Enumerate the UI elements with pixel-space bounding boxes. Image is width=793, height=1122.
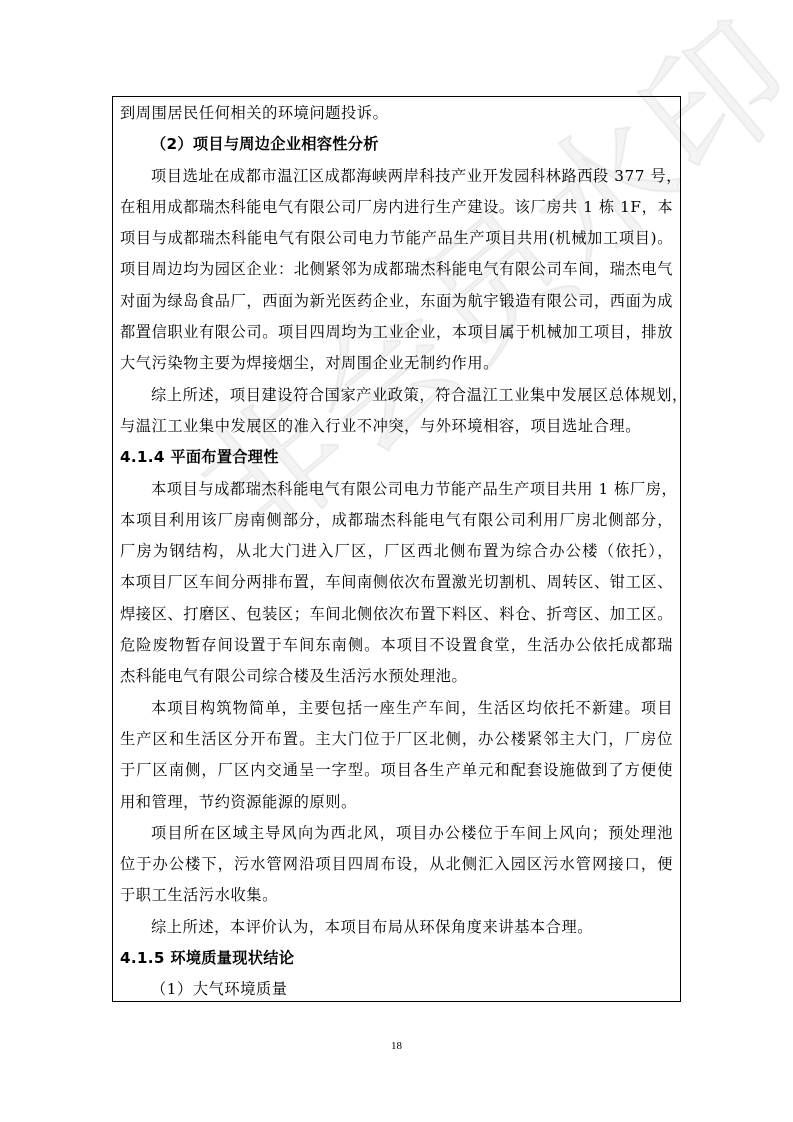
paragraph-line: 用和管理，节约资源能源的原则。 bbox=[120, 787, 673, 818]
paragraph-line: 厂房为钢结构，从北大门进入厂区，厂区西北侧布置为综合办公楼（依托）， bbox=[120, 536, 673, 567]
paragraph-line: 杰科能电气有限公司综合楼及生活污水预处理池。 bbox=[120, 661, 673, 692]
paragraph-line: 都置信职业有限公司。项目四周均为工业企业，本项目属于机械加工项目，排放 bbox=[120, 317, 673, 348]
paragraph-line: 项目选址在成都市温江区成都海峡两岸科技产业开发园科林路西段 377 号， bbox=[120, 161, 673, 192]
paragraph-line: 于厂区南侧，厂区内交通呈一字型。项目各生产单元和配套设施做到了方便使 bbox=[120, 755, 673, 786]
paragraph-line: 与温江工业集中发展区的准入行业不冲突，与外环境相容，项目选址合理。 bbox=[120, 411, 673, 442]
section-heading-4-1-4: 4.1.4 平面布置合理性 bbox=[120, 442, 673, 473]
paragraph-line: 焊接区、打磨区、包装区；车间北侧依次布置下料区、料仓、折弯区、加工区。 bbox=[120, 599, 673, 630]
paragraph-line: 本项目厂区车间分两排布置，车间南侧依次布置激光切割机、周转区、钳工区、 bbox=[120, 567, 673, 598]
paragraph-line: 综上所述，本评价认为，本项目布局从环保角度来讲基本合理。 bbox=[120, 912, 673, 943]
page-number: 18 bbox=[0, 1040, 793, 1052]
paragraph-line: 生产区和生活区分开布置。主大门位于厂区北侧，办公楼紧邻主大门，厂房位 bbox=[120, 724, 673, 755]
paragraph-line: 到周围居民任何相关的环境问题投诉。 bbox=[120, 98, 673, 129]
content-frame: 到周围居民任何相关的环境问题投诉。 （2）项目与周边企业相容性分析 项目选址在成… bbox=[112, 96, 681, 1002]
body-text: 到周围居民任何相关的环境问题投诉。 （2）项目与周边企业相容性分析 项目选址在成… bbox=[120, 98, 673, 1006]
paragraph-line: 于职工生活污水收集。 bbox=[120, 880, 673, 911]
paragraph-line: 项目与成都瑞杰科能电气有限公司电力节能产品生产项目共用(机械加工项目)。 bbox=[120, 223, 673, 254]
paragraph-line: 位于办公楼下，污水管网沿项目四周布设，从北侧汇入园区污水管网接口，便 bbox=[120, 849, 673, 880]
paragraph-line: 大气污染物主要为焊接烟尘，对周围企业无制约作用。 bbox=[120, 348, 673, 379]
paragraph-line: 综上所述，项目建设符合国家产业政策，符合温江工业集中发展区总体规划， bbox=[120, 380, 673, 411]
paragraph-line: 本项目与成都瑞杰科能电气有限公司电力节能产品生产项目共用 1 栋厂房， bbox=[120, 474, 673, 505]
document-page: 非会员水印 到周围居民任何相关的环境问题投诉。 （2）项目与周边企业相容性分析 … bbox=[0, 0, 793, 1122]
paragraph-line: 项目所在区域主导风向为西北风，项目办公楼位于车间上风向；预处理池 bbox=[120, 818, 673, 849]
paragraph-line: 本项目构筑物简单，主要包括一座生产车间，生活区均依托不新建。项目 bbox=[120, 693, 673, 724]
paragraph-line: 在租用成都瑞杰科能电气有限公司厂房内进行生产建设。该厂房共 1 栋 1F，本 bbox=[120, 192, 673, 223]
subheading-compatibility-analysis: （2）项目与周边企业相容性分析 bbox=[120, 129, 673, 160]
paragraph-line: 危险废物暂存间设置于车间东南侧。本项目不设置食堂，生活办公依托成都瑞 bbox=[120, 630, 673, 661]
section-heading-4-1-5: 4.1.5 环境质量现状结论 bbox=[120, 943, 673, 974]
paragraph-line: 项目周边均为园区企业：北侧紧邻为成都瑞杰科能电气有限公司车间，瑞杰电气 bbox=[120, 254, 673, 285]
paragraph-line: 本项目利用该厂房南侧部分，成都瑞杰科能电气有限公司利用厂房北侧部分， bbox=[120, 505, 673, 536]
subheading-air-quality: （1）大气环境质量 bbox=[120, 974, 673, 1005]
paragraph-line: 对面为绿岛食品厂，西面为新光医药企业，东面为航宇锻造有限公司，西面为成 bbox=[120, 286, 673, 317]
